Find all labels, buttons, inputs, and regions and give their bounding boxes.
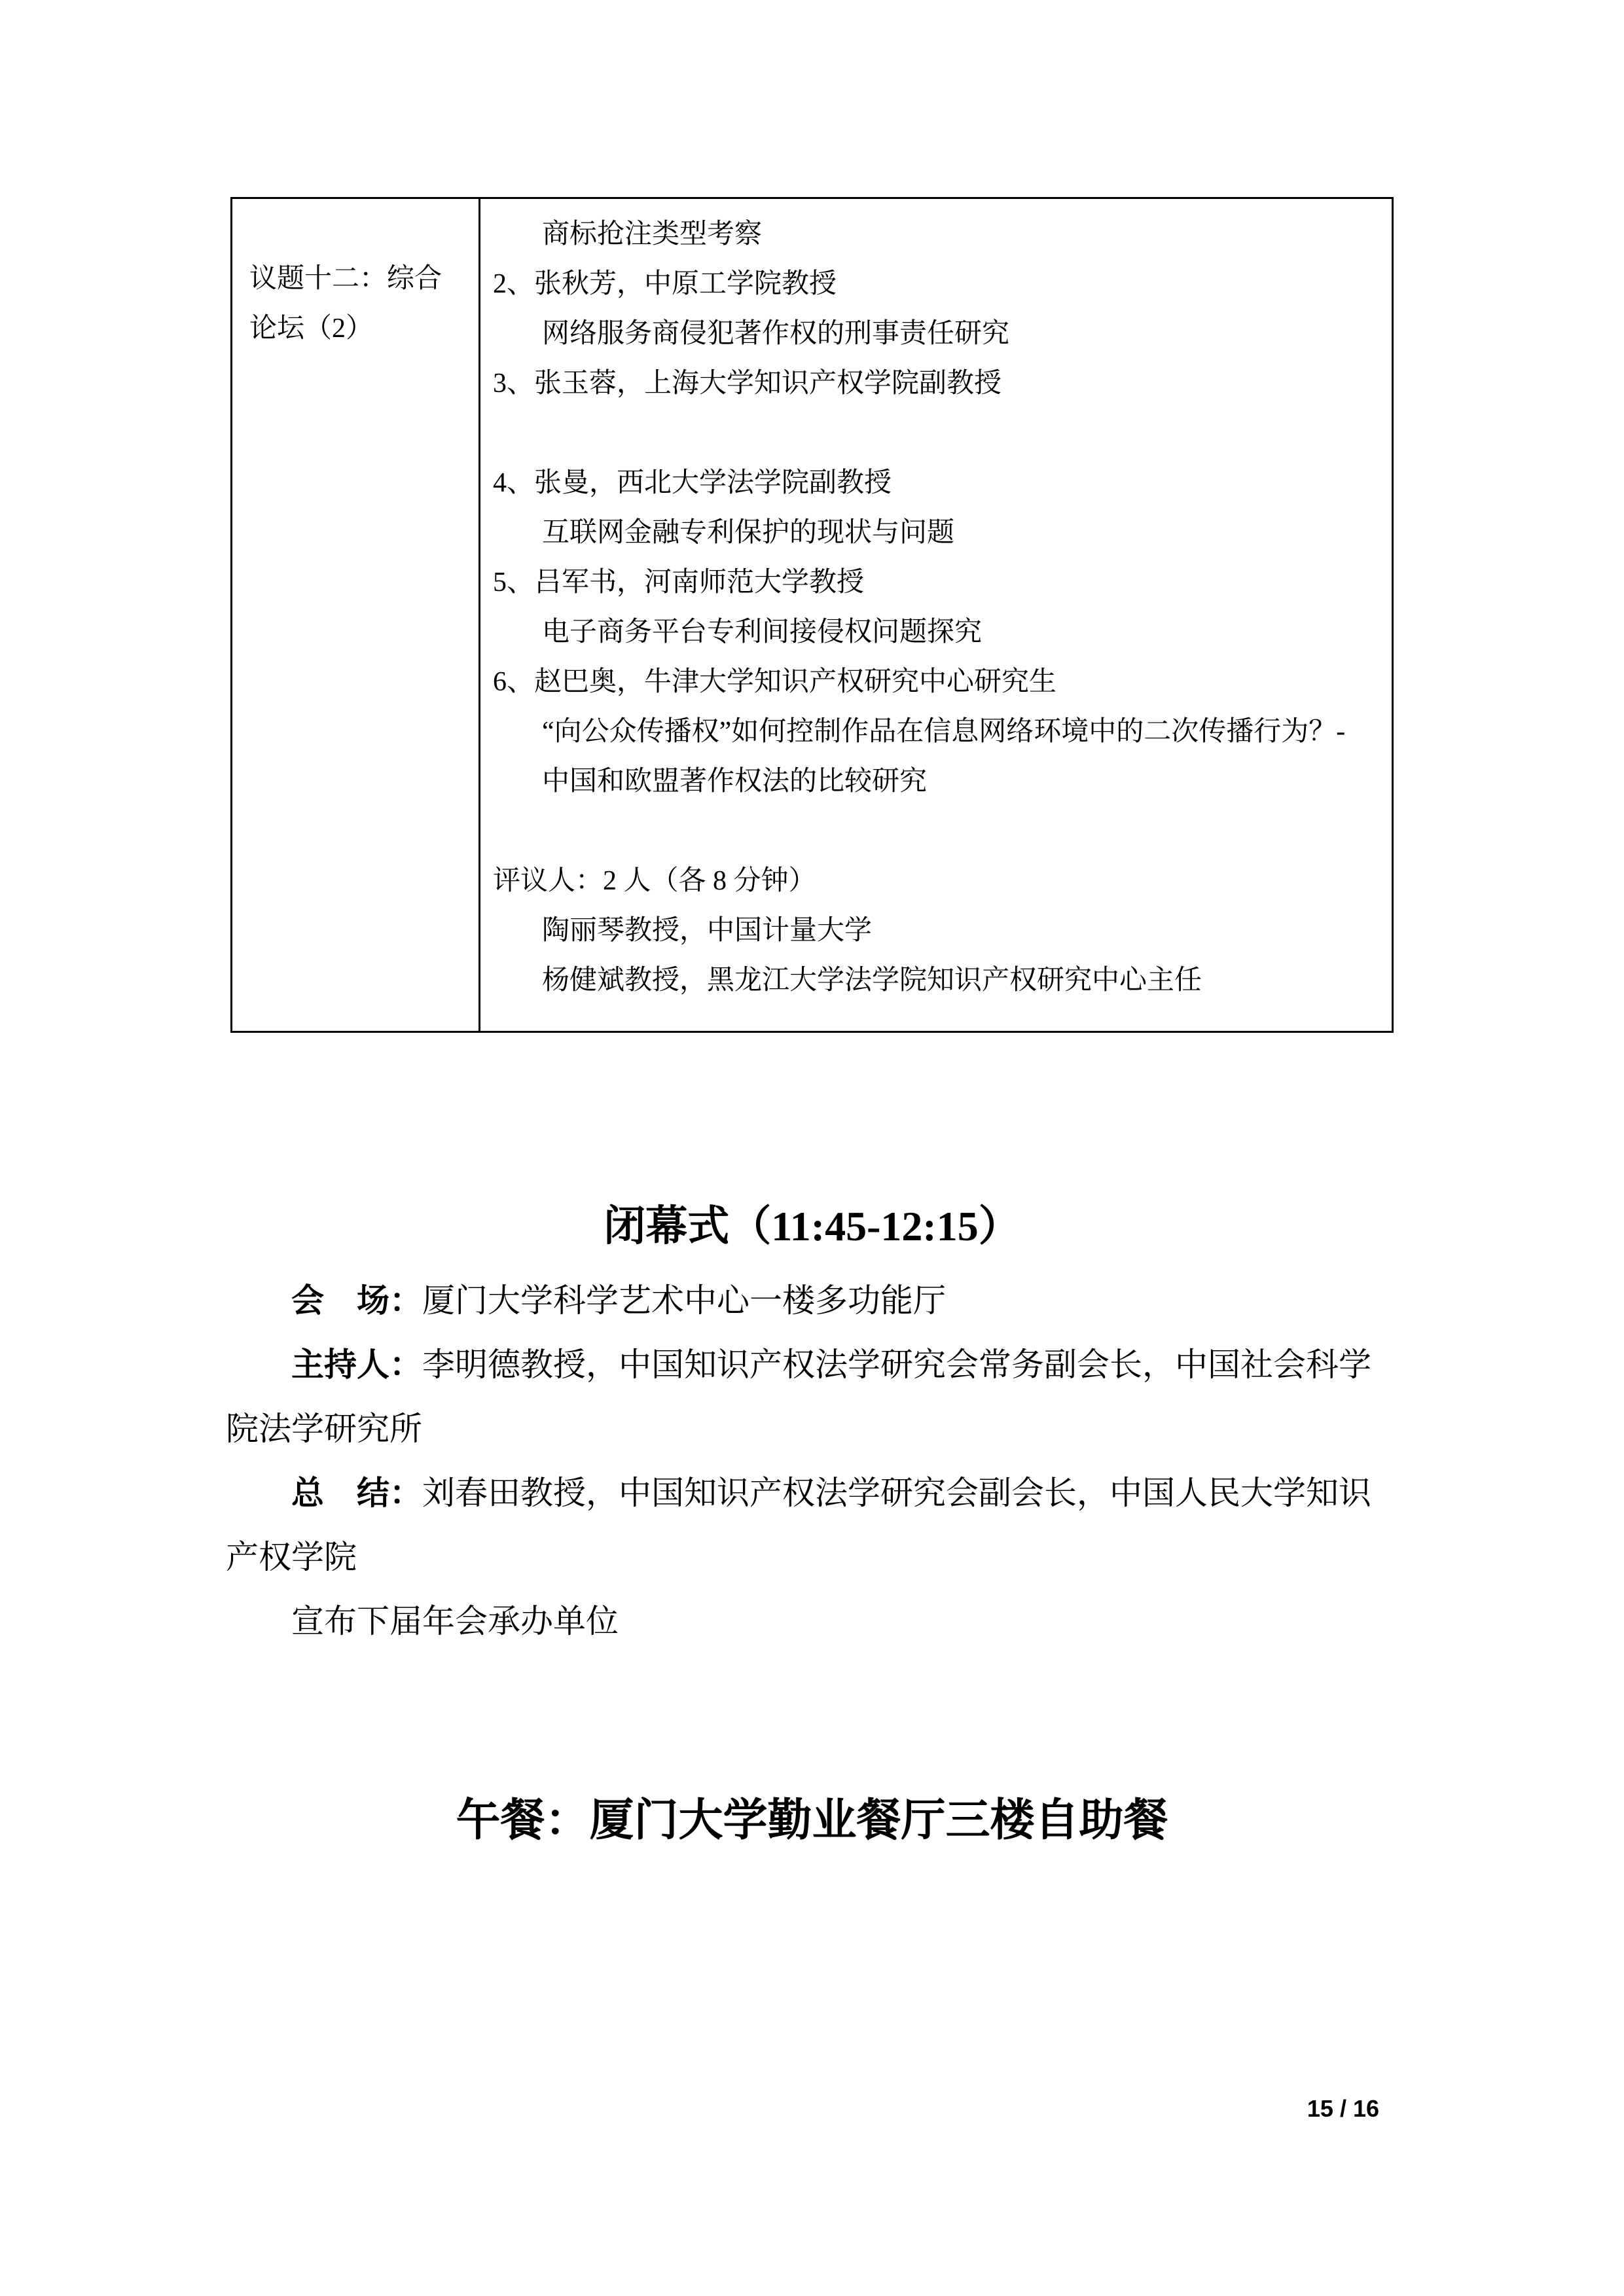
paragraph-label: 会 场： <box>291 1282 422 1319</box>
paragraph-text: 院法学研究所 <box>226 1410 422 1447</box>
closing-ceremony-title: 闭幕式（11:45-12:15） <box>0 1196 1624 1257</box>
agenda-line: 评议人：2 人（各 8 分钟） <box>480 856 1392 906</box>
agenda-line: 2、张秋芳，中原工学院教授 <box>480 259 1392 309</box>
agenda-line: 6、赵巴奥，牛津大学知识产权研究中心研究生 <box>480 657 1392 707</box>
closing-body-line: 院法学研究所 <box>226 1397 1404 1461</box>
agenda-line: 4、张曼，西北大学法学院副教授 <box>480 458 1392 508</box>
agenda-cell: 商标抢注类型考察2、张秋芳，中原工学院教授网络服务商侵犯著作权的刑事责任研究3、… <box>480 199 1392 1031</box>
agenda-line: 杨健斌教授，黑龙江大学法学院知识产权研究中心主任 <box>480 956 1392 1005</box>
agenda-line: 网络服务商侵犯著作权的刑事责任研究 <box>480 309 1392 359</box>
agenda-line: 5、吕军书，河南师范大学教授 <box>480 558 1392 607</box>
paragraph-text: 李明德教授，中国知识产权法学研究会常务副会长，中国社会科学 <box>422 1346 1371 1383</box>
agenda-line: 3、张玉蓉，上海大学知识产权学院副教授 <box>480 359 1392 408</box>
closing-body-line: 宣布下届年会承办单位 <box>226 1589 1404 1653</box>
paragraph-label: 总 结： <box>291 1475 422 1511</box>
agenda-line: 中国和欧盟著作权法的比较研究 <box>480 757 1392 806</box>
paragraph-label: 主持人： <box>291 1346 422 1383</box>
agenda-line: 互联网金融专利保护的现状与问题 <box>480 508 1392 558</box>
paragraph-text: 刘春田教授，中国知识产权法学研究会副会长，中国人民大学知识 <box>422 1475 1371 1511</box>
paragraph-text: 宣布下届年会承办单位 <box>291 1603 619 1640</box>
agenda-line: 商标抢注类型考察 <box>480 209 1392 259</box>
closing-body-line: 会 场：厦门大学科学艺术中心一楼多功能厅 <box>226 1268 1404 1333</box>
program-table: 议题十二：综合论坛（2） 商标抢注类型考察2、张秋芳，中原工学院教授网络服务商侵… <box>230 197 1394 1033</box>
session-topic-cell: 议题十二：综合论坛（2） <box>232 199 480 1031</box>
closing-body-line: 总 结：刘春田教授，中国知识产权法学研究会副会长，中国人民大学知识 <box>226 1461 1404 1525</box>
page-number: 15 / 16 <box>1307 2094 1379 2123</box>
lunch-title: 午餐：厦门大学勤业餐厅三楼自助餐 <box>0 1789 1624 1852</box>
agenda-line: 陶丽琴教授，中国计量大学 <box>480 906 1392 956</box>
paragraph-text: 产权学院 <box>226 1539 357 1575</box>
document-page: 议题十二：综合论坛（2） 商标抢注类型考察2、张秋芳，中原工学院教授网络服务商侵… <box>0 0 1624 2296</box>
agenda-line: “向公众传播权”如何控制作品在信息网络环境中的二次传播行为？- <box>480 707 1392 757</box>
agenda-line: 电子商务平台专利间接侵权问题探究 <box>480 607 1392 657</box>
paragraph-text: 厦门大学科学艺术中心一楼多功能厅 <box>422 1282 946 1319</box>
agenda-blank-line <box>480 806 1392 856</box>
agenda-blank-line <box>480 408 1392 458</box>
closing-body-line: 产权学院 <box>226 1525 1404 1589</box>
closing-ceremony-body: 会 场：厦门大学科学艺术中心一楼多功能厅主持人：李明德教授，中国知识产权法学研究… <box>226 1268 1404 1653</box>
closing-body-line: 主持人：李明德教授，中国知识产权法学研究会常务副会长，中国社会科学 <box>226 1333 1404 1397</box>
